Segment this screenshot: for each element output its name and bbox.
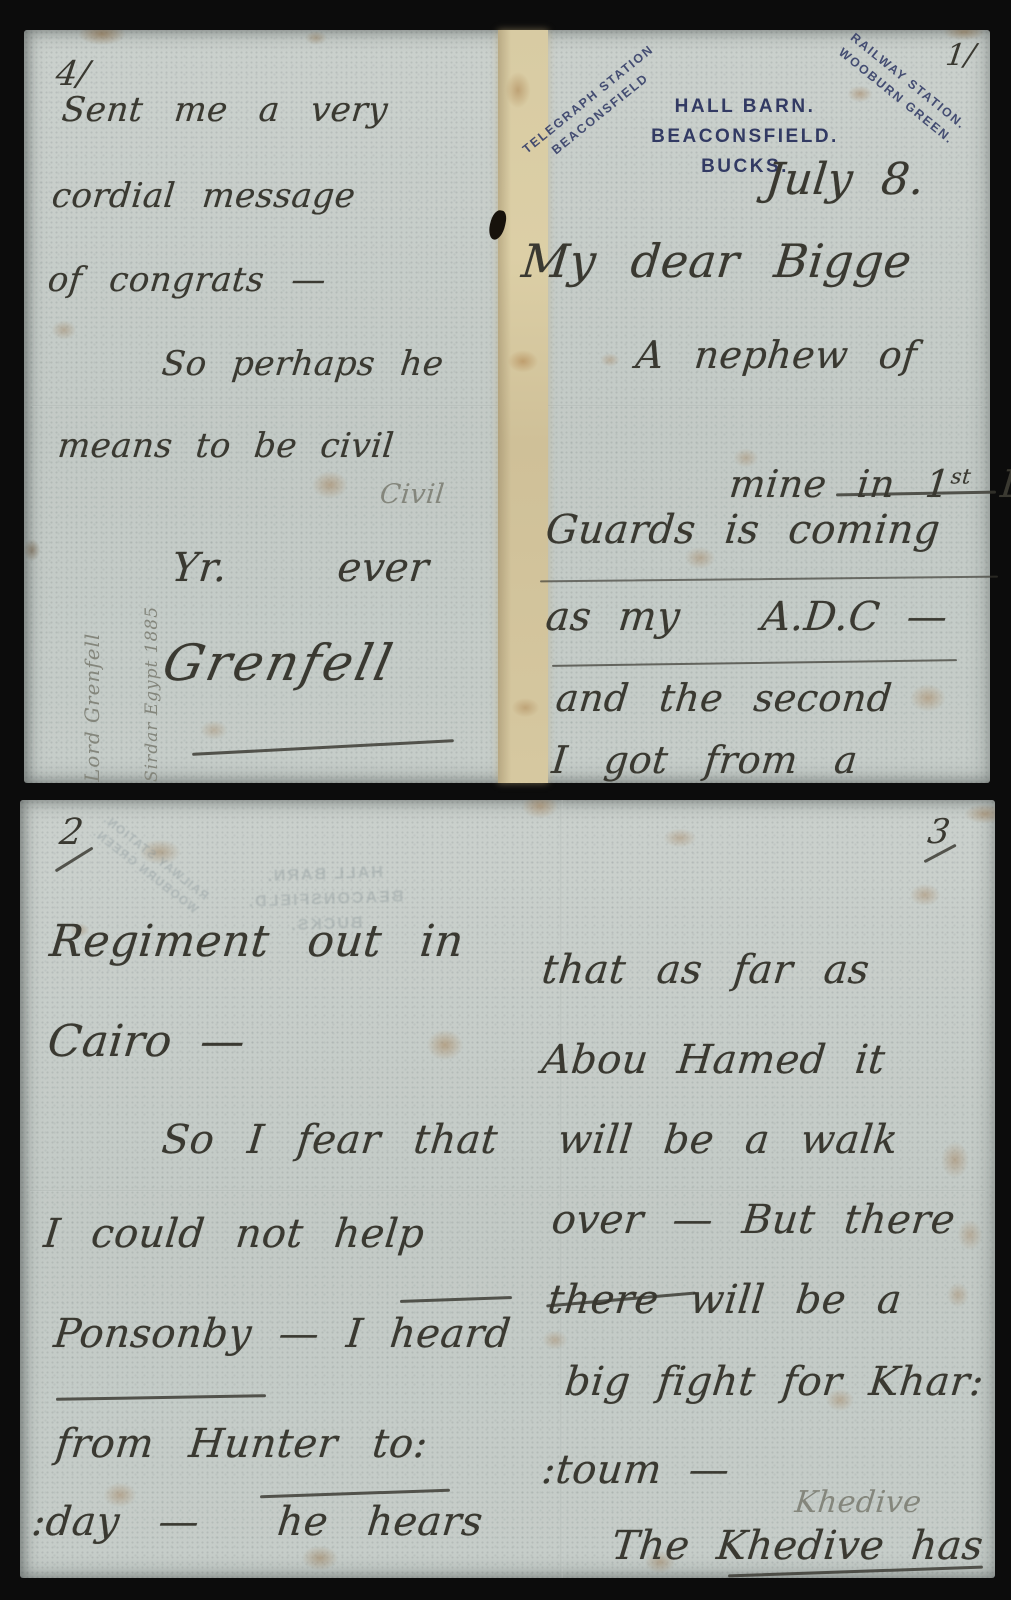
sheet-bottom: 2 RAILWAY STATION. WOOBURN GREEN. HALL B… [20,800,995,1578]
letterhead-line: HALL BARN. [610,92,880,122]
handwritten-line: Abou Hamed it [540,1038,888,1082]
ink-underline [260,1489,450,1498]
line-part: Life [968,462,1011,506]
sheet-top: 4/ Sent me a very cordial message of con… [24,30,990,783]
handwritten-line: cordial message [50,178,357,215]
paper-crease [30,1190,985,1192]
handwritten-line: big fight for Khar: [563,1360,986,1404]
archivist-margin-note: Lord Grenfell Sirdar Egypt 1885 [42,532,200,782]
handwritten-line: I got from a [550,740,860,782]
handwritten-line: Guards is coming [544,508,943,552]
handwritten-line: The Khedive has [610,1524,986,1568]
handwritten-line: means to be civil [56,428,396,465]
handwritten-line: will be a walk [556,1118,901,1162]
handwritten-line: So perhaps he [160,346,445,383]
handwritten-line: as my A.D.C — [544,595,950,639]
handwritten-line: Sent me a very [60,92,390,129]
ink-underline [552,659,957,667]
margin-note-line: Lord Grenfell [80,532,104,782]
handwritten-line: A nephew of [634,335,919,377]
handwritten-line: over — But there [550,1198,958,1242]
ink-underline [540,576,998,583]
letterhead-line: BEACONSFIELD. [610,122,880,152]
ink-underline [400,1296,512,1302]
ink-underline [56,1394,266,1401]
ink-underline [192,739,454,756]
pencil-annotation-khedive: Khedive [793,1486,923,1519]
handwritten-line: Ponsonby — I heard [52,1312,513,1356]
handwritten-line: from Hunter to: [54,1422,430,1466]
margin-note-line: Sirdar Egypt 1885 [142,532,162,782]
page-number-4: 4/ [53,54,92,94]
line-part: mine in 1 [727,462,952,506]
handwritten-line: and the second [554,678,894,720]
letter-scan: 4/ Sent me a very cordial message of con… [0,0,1011,1600]
page-number-1: 1/ [944,38,978,73]
salutation: My dear Bigge [519,236,914,287]
handwritten-line: :day — he hears [30,1500,485,1544]
pencil-annotation-civil: Civil [378,480,445,510]
handwritten-line: that as far as [540,948,872,992]
handwritten-line: of congrats — [46,262,328,299]
handwritten-line: I could not help [42,1212,427,1256]
closing-line: Yr. ever [170,546,431,590]
handwritten-line: So I fear that [160,1118,500,1162]
handwritten-line: :toum — [540,1448,732,1492]
date-line: July 8. [763,156,926,204]
handwritten-line: Regiment out in [47,918,466,966]
handwritten-line: Cairo — [45,1018,247,1066]
